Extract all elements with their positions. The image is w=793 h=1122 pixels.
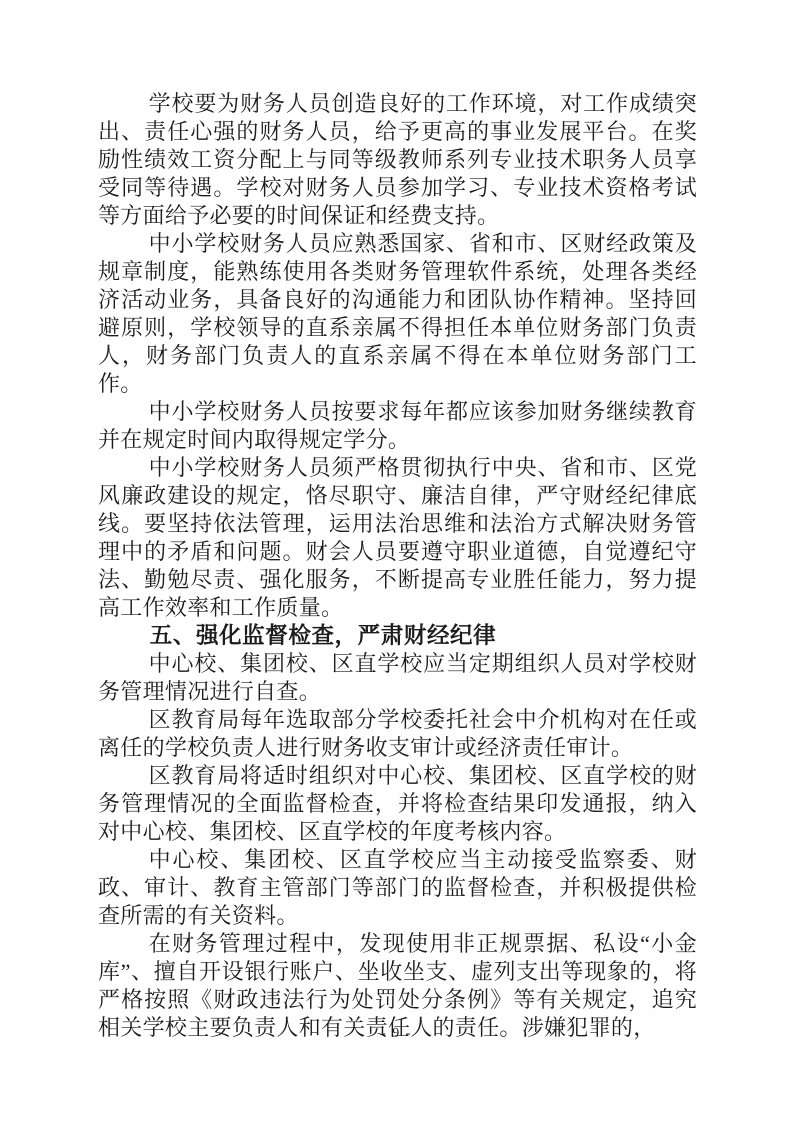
paragraph: 中心校、集团校、区直学校应当定期组织人员对学校财务管理情况进行自查。 [98, 650, 697, 706]
section-heading: 五、强化监督检查，严肃财经纪律 [98, 622, 697, 650]
document-page: 学校要为财务人员创造良好的工作环境，对工作成绩突出、责任心强的财务人员，给予更高… [0, 0, 793, 1122]
paragraph: 区教育局将适时组织对中心校、集团校、区直学校的财务管理情况的全面监督检查，并将检… [98, 762, 697, 846]
paragraph: 中小学校财务人员应熟悉国家、省和市、区财经政策及规章制度，能熟练使用各类财务管理… [98, 230, 697, 398]
paragraph: 中心校、集团校、区直学校应当主动接受监察委、财政、审计、教育主管部门等部门的监督… [98, 846, 697, 930]
paragraph: 学校要为财务人员创造良好的工作环境，对工作成绩突出、责任心强的财务人员，给予更高… [98, 90, 697, 230]
paragraph: 区教育局每年选取部分学校委托社会中介机构对在任或离任的学校负责人进行财务收支审计… [98, 706, 697, 762]
paragraph: 中小学校财务人员须严格贯彻执行中央、省和市、区党风廉政建设的规定，恪尽职守、廉洁… [98, 454, 697, 622]
page-number: - 9 - [0, 1026, 793, 1042]
paragraph: 中小学校财务人员按要求每年都应该参加财务继续教育并在规定时间内取得规定学分。 [98, 398, 697, 454]
document-body: 学校要为财务人员创造良好的工作环境，对工作成绩突出、责任心强的财务人员，给予更高… [98, 90, 697, 1042]
